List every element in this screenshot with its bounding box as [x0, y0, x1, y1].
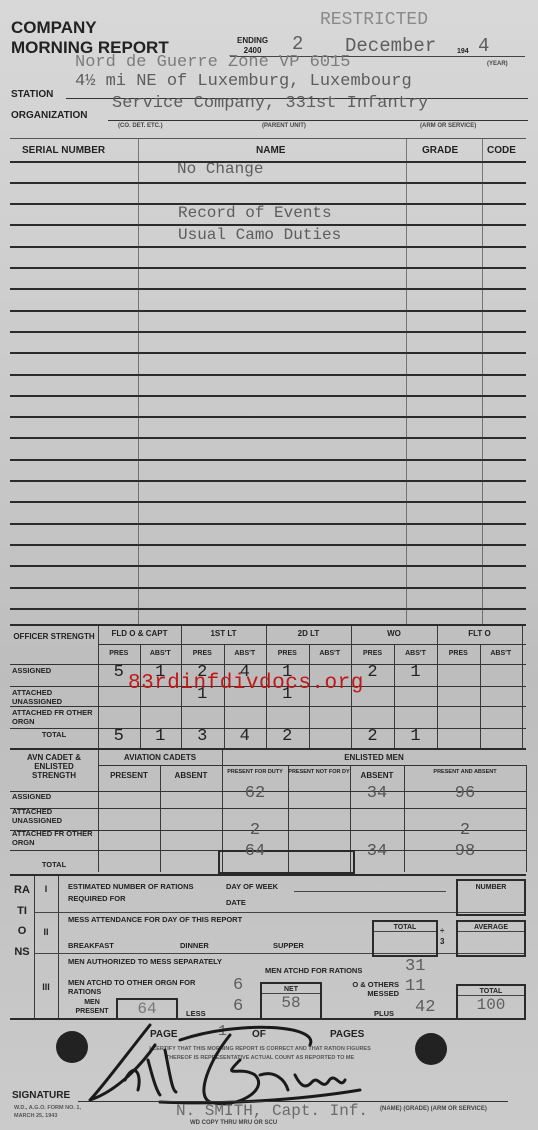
ruled-line	[10, 459, 526, 461]
roster-column-divider	[406, 139, 407, 624]
men-present-value: 64	[118, 1000, 176, 1018]
rations-row-sep-1	[34, 912, 526, 913]
rations-divider-1	[34, 876, 35, 1018]
divide-by-three: ÷ 3	[440, 925, 450, 947]
officer-cell: 1	[394, 727, 437, 746]
enlisted-column-header: PRESENT NOT FOR DY	[288, 768, 350, 776]
men-present-label: MEN PRESENT	[68, 998, 116, 1016]
enlisted-row-label: ATTACHED UNASSIGNED	[12, 807, 96, 825]
ruled-line	[10, 501, 526, 503]
net-box: NET 58	[260, 982, 322, 1020]
net-value: 58	[262, 994, 320, 1012]
total-label: TOTAL	[374, 924, 436, 932]
grand-total-box: TOTAL 100	[456, 984, 526, 1020]
rations-row-sep-2	[34, 953, 526, 954]
station-value: 4½ mi NE of Luxemburg, Luxembourg	[75, 72, 412, 91]
officer-sub-divider	[480, 645, 481, 748]
officer-subcolumn-header: PRES	[351, 650, 394, 657]
enlisted-men-header: ENLISTED MEN	[222, 753, 526, 762]
caption-unit: (CO. DET. ETC.)	[118, 123, 163, 129]
day-of-week-label: DAY OF WEEK	[226, 882, 278, 891]
form-number-label: W.D., A.G.O. FORM NO. 1, MARCH 25, 1943	[14, 1104, 84, 1120]
ruled-line	[10, 310, 526, 312]
officer-row-label: ASSIGNED	[12, 666, 96, 675]
date-label: DATE	[226, 898, 246, 907]
enlisted-column-divider	[526, 765, 527, 872]
morning-report-document: COMPANY MORNING REPORT ENDING 2400 RESTR…	[0, 0, 538, 1130]
roster-entry-usual-camp-duties: Usual Camo Duties	[178, 226, 341, 244]
organization-underline	[108, 120, 528, 121]
officer-subcolumn-header: ABS'T	[224, 650, 267, 657]
form-title: COMPANY MORNING REPORT	[11, 18, 169, 58]
rations-top-border	[10, 874, 526, 876]
rations-divider-2	[58, 876, 59, 1018]
punch-hole-right-icon	[415, 1033, 447, 1065]
officer-group-header: WO	[351, 629, 437, 638]
year-suffix: 4	[478, 35, 489, 57]
grand-total-value: 100	[458, 996, 524, 1014]
enlisted-column-header: PRESENT AND ABSENT	[404, 768, 526, 776]
signer-typed-name: N. SMITH, Capt. Inf.	[176, 1102, 368, 1120]
officers-messed-label: O & OTHERS MESSED	[335, 980, 399, 998]
officer-group-header: 2D LT	[266, 629, 351, 638]
enlisted-column-header: ABSENT	[160, 771, 222, 781]
plus-label: PLUS	[374, 1009, 394, 1018]
year-caption: (YEAR)	[487, 61, 508, 67]
grand-total-label: TOTAL	[458, 988, 524, 996]
net-label: NET	[262, 986, 320, 994]
officers-messed-value: 11	[405, 977, 425, 996]
average-box: AVERAGE	[456, 920, 526, 957]
roster-column-divider	[482, 139, 483, 624]
section-iii: III	[34, 982, 58, 992]
less-label: LESS	[186, 1009, 206, 1018]
roster-column-divider	[138, 139, 139, 624]
enlisted-cell: 2	[222, 821, 288, 840]
officer-row-label: TOTAL	[12, 730, 96, 739]
organization-label: ORGANIZATION	[11, 110, 87, 121]
organization-value: Service Company, 331st Infantry	[112, 94, 428, 113]
enlisted-column-header: PRESENT FOR DUTY	[222, 768, 288, 776]
report-month: December	[345, 35, 436, 57]
aviation-cadets-header: AVIATION CADETS	[98, 753, 222, 762]
authorized-mess-label: MEN AUTHORIZED TO MESS SEPARATELY	[68, 957, 228, 966]
enlisted-row-label: ATTACHED FR OTHER ORGN	[12, 829, 96, 847]
officer-header-sep	[98, 644, 526, 645]
plus-value: 42	[415, 998, 435, 1017]
officer-subcolumn-header: ABS'T	[309, 650, 352, 657]
officer-cell: 3	[181, 727, 224, 746]
ruled-line	[10, 437, 526, 439]
officer-subcolumn-header: ABS'T	[394, 650, 437, 657]
officer-row-label: ATTACHED UNASSIGNED	[12, 688, 96, 706]
officer-subcolumn-header: ABS'T	[140, 650, 182, 657]
breakfast-label: BREAKFAST	[68, 941, 114, 950]
enlisted-cell: 96	[404, 784, 526, 803]
signer-caption: (NAME) (GRADE) (ARM OR SERVICE)	[380, 1106, 487, 1112]
caption-arm-service: (ARM OR SERVICE)	[420, 123, 476, 129]
officer-row-label: ATTACHED FR OTHER ORGN	[12, 708, 96, 726]
year-prefix: 194	[457, 48, 469, 55]
ruled-line	[10, 544, 526, 546]
officer-group-header: FLT O	[437, 629, 522, 638]
report-day: 2	[292, 33, 303, 55]
ruled-line	[10, 395, 526, 397]
ruled-line	[10, 203, 526, 205]
atchd-for-rations-label: MEN ATCHD FOR RATIONS	[265, 966, 362, 975]
enlisted-column-divider	[160, 765, 161, 872]
enlisted-header-sep	[98, 765, 526, 766]
enlisted-cell: 34	[350, 784, 404, 803]
roster-top-border	[10, 138, 526, 139]
ruled-line	[10, 161, 526, 163]
column-serial-number: SERIAL NUMBER	[22, 145, 105, 156]
title-line-1: COMPANY	[11, 18, 169, 38]
officer-subcolumn-header: PRES	[266, 650, 309, 657]
enlisted-strength-title: AVN CADET & ENLISTED STRENGTH	[12, 753, 96, 780]
atchd-for-rations-value: 31	[405, 957, 425, 976]
less-value: 6	[233, 997, 243, 1016]
day-of-week-field	[294, 891, 446, 892]
column-code: CODE	[487, 145, 516, 156]
enlisted-cell: 98	[404, 842, 526, 861]
classification-stamp: RESTRICTED	[320, 10, 428, 30]
officer-group-header: 1ST LT	[181, 629, 266, 638]
estimated-rations-label: ESTIMATED NUMBER OF RATIONS REQUIRED FOR	[68, 881, 203, 905]
ruled-line	[10, 523, 526, 525]
officer-top-border	[10, 624, 526, 626]
enlisted-row-label: ASSIGNED	[12, 792, 96, 801]
ruled-line	[10, 565, 526, 567]
enlisted-cell: 2	[404, 821, 526, 840]
ruled-line	[10, 182, 526, 184]
officer-subcolumn-header: PRES	[98, 650, 140, 657]
enlisted-column-divider	[98, 750, 99, 872]
enlisted-top-border	[10, 748, 526, 750]
ruled-line	[10, 608, 526, 610]
atchd-other-orgn-label: MEN ATCHD TO OTHER ORGN FOR RATIONS	[68, 978, 218, 996]
officer-cell: 1	[140, 727, 182, 746]
atchd-other-orgn-value: 6	[233, 976, 243, 995]
enlisted-cell: 34	[350, 842, 404, 861]
ruled-line	[10, 267, 526, 269]
enlisted-row-label: TOTAL	[12, 860, 96, 869]
total-box: TOTAL	[372, 920, 438, 957]
officer-row-sep	[10, 706, 526, 707]
roster-entry-record-of-events: Record of Events	[178, 204, 332, 222]
officer-cell: 4	[224, 727, 267, 746]
column-grade: GRADE	[422, 145, 458, 156]
officer-subcolumn-header: PRES	[181, 650, 224, 657]
number-box: NUMBER	[456, 879, 526, 916]
men-present-box: 64	[116, 998, 178, 1020]
ruled-line	[10, 246, 526, 248]
caption-parent-unit: (PARENT UNIT)	[262, 123, 306, 129]
officer-subcolumn-header: PRES	[437, 650, 480, 657]
ruled-line	[10, 288, 526, 290]
bottom-note: WD COPY THRU MRU OR SCU	[190, 1120, 277, 1126]
signature-label: SIGNATURE	[12, 1090, 70, 1101]
officer-subcolumn-header: ABS'T	[480, 650, 523, 657]
officer-cell: 5	[98, 727, 140, 746]
average-label: AVERAGE	[458, 924, 524, 932]
ruled-line	[10, 352, 526, 354]
supper-label: SUPPER	[273, 941, 304, 950]
station-label: STATION	[11, 89, 53, 100]
section-i: I	[34, 884, 58, 894]
officer-cell: 1	[394, 663, 437, 682]
enlisted-cell: 64	[222, 842, 288, 861]
section-ii: II	[34, 927, 58, 937]
ending-text: ENDING	[237, 36, 268, 46]
officer-cell: 2	[351, 727, 394, 746]
enlisted-column-header: ABSENT	[350, 771, 404, 781]
website-watermark: 83rdinfdivdocs.org	[128, 672, 364, 695]
officer-group-header: FLD O & CAPT	[98, 629, 181, 638]
ruled-line	[10, 374, 526, 376]
officer-strength-title: OFFICER STRENGTH	[12, 632, 96, 641]
ruled-line	[10, 587, 526, 589]
mess-attendance-label: MESS ATTENDANCE FOR DAY OF THIS REPORT	[68, 915, 242, 924]
ruled-line	[10, 224, 526, 226]
officer-cell: 2	[266, 727, 309, 746]
officer-sub-divider	[309, 645, 310, 748]
ruled-line	[10, 480, 526, 482]
rations-side-label: RATIONS	[14, 880, 30, 962]
dinner-label: DINNER	[180, 941, 209, 950]
ruled-line	[10, 416, 526, 418]
ruled-line	[10, 331, 526, 333]
location-line-1: Nord de Guerre Zone VP 6015	[75, 53, 350, 72]
enlisted-column-header: PRESENT	[98, 771, 160, 781]
column-name: NAME	[256, 145, 285, 156]
enlisted-cell: 62	[222, 784, 288, 803]
number-label: NUMBER	[458, 884, 524, 891]
